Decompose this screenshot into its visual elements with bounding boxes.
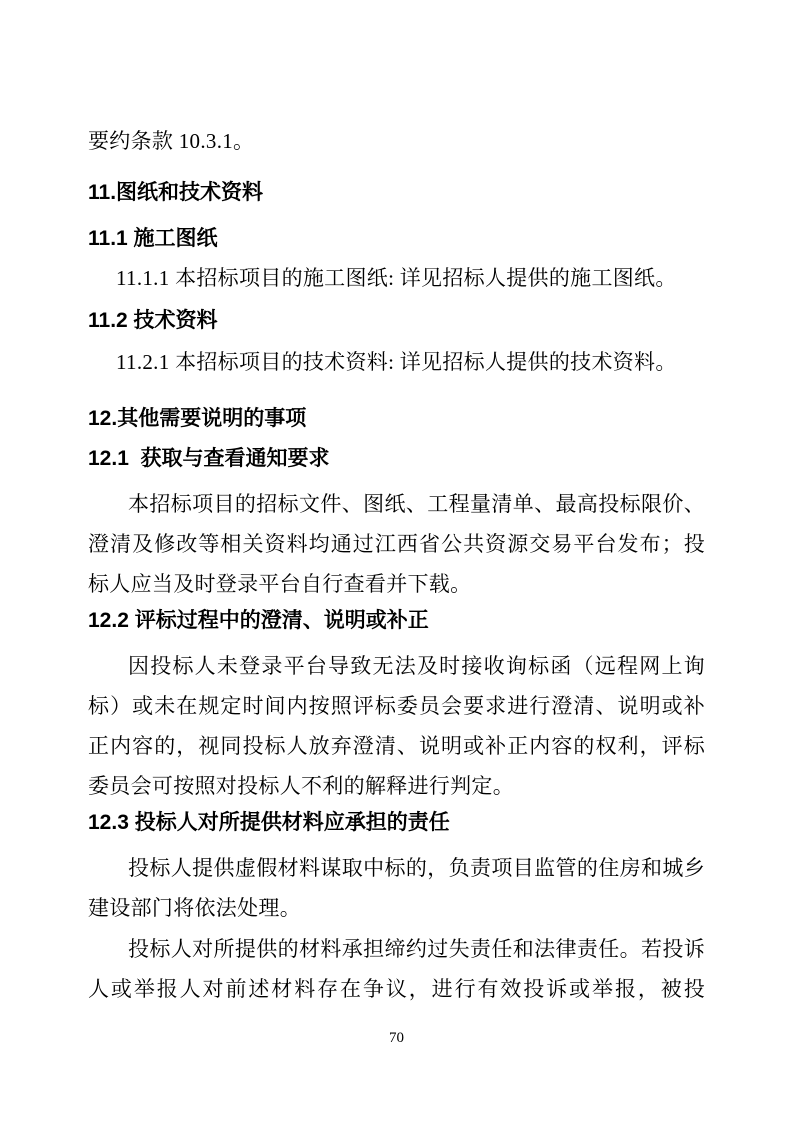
heading-12-3-bidder-material-responsibility: 12.3 投标人对所提供材料应承担的责任 (88, 809, 705, 837)
heading-12-1-obtain-and-view-notices: 12.1 获取与查看通知要求 (88, 445, 705, 473)
heading-11-1-construction-drawings: 11.1 施工图纸 (88, 225, 705, 253)
paragraph-offer-clause-continuation: 要约条款 10.3.1。 (88, 121, 705, 161)
page-number: 70 (0, 1030, 793, 1047)
document-page: 要约条款 10.3.1。 11.图纸和技术资料 11.1 施工图纸 11.1.1… (0, 0, 793, 1122)
paragraph-12-1-platform-publication: 本招标项目的招标文件、图纸、工程量清单、最高投标限价、澄清及修改等相关资料均通过… (88, 484, 705, 604)
heading-12-other-matters: 12.其他需要说明的事项 (88, 405, 705, 433)
paragraph-12-3-false-materials: 投标人提供虚假材料谋取中标的，负责项目监管的住房和城乡建设部门将依法处理。 (88, 848, 705, 928)
paragraph-clause-11-2-1: 11.2.1 本招标项目的技术资料: 详见招标人提供的技术资料。 (88, 342, 705, 382)
paragraph-12-3-liability-continues: 投标人对所提供的材料承担缔约过失责任和法律责任。若投诉人或举报人对前述材料存在争… (88, 929, 705, 1009)
paragraph-clause-11-1-1: 11.1.1 本招标项目的施工图纸: 详见招标人提供的施工图纸。 (88, 258, 705, 298)
heading-12-2-clarification-during-evaluation: 12.2 评标过程中的澄清、说明或补正 (88, 607, 705, 635)
heading-11-2-technical-data: 11.2 技术资料 (88, 307, 705, 335)
heading-11-drawings-and-technical-data: 11.图纸和技术资料 (88, 179, 705, 207)
paragraph-12-2-clarification-rules: 因投标人未登录平台导致无法及时接收询标函（远程网上询标）或未在规定时间内按照评标… (88, 646, 705, 806)
